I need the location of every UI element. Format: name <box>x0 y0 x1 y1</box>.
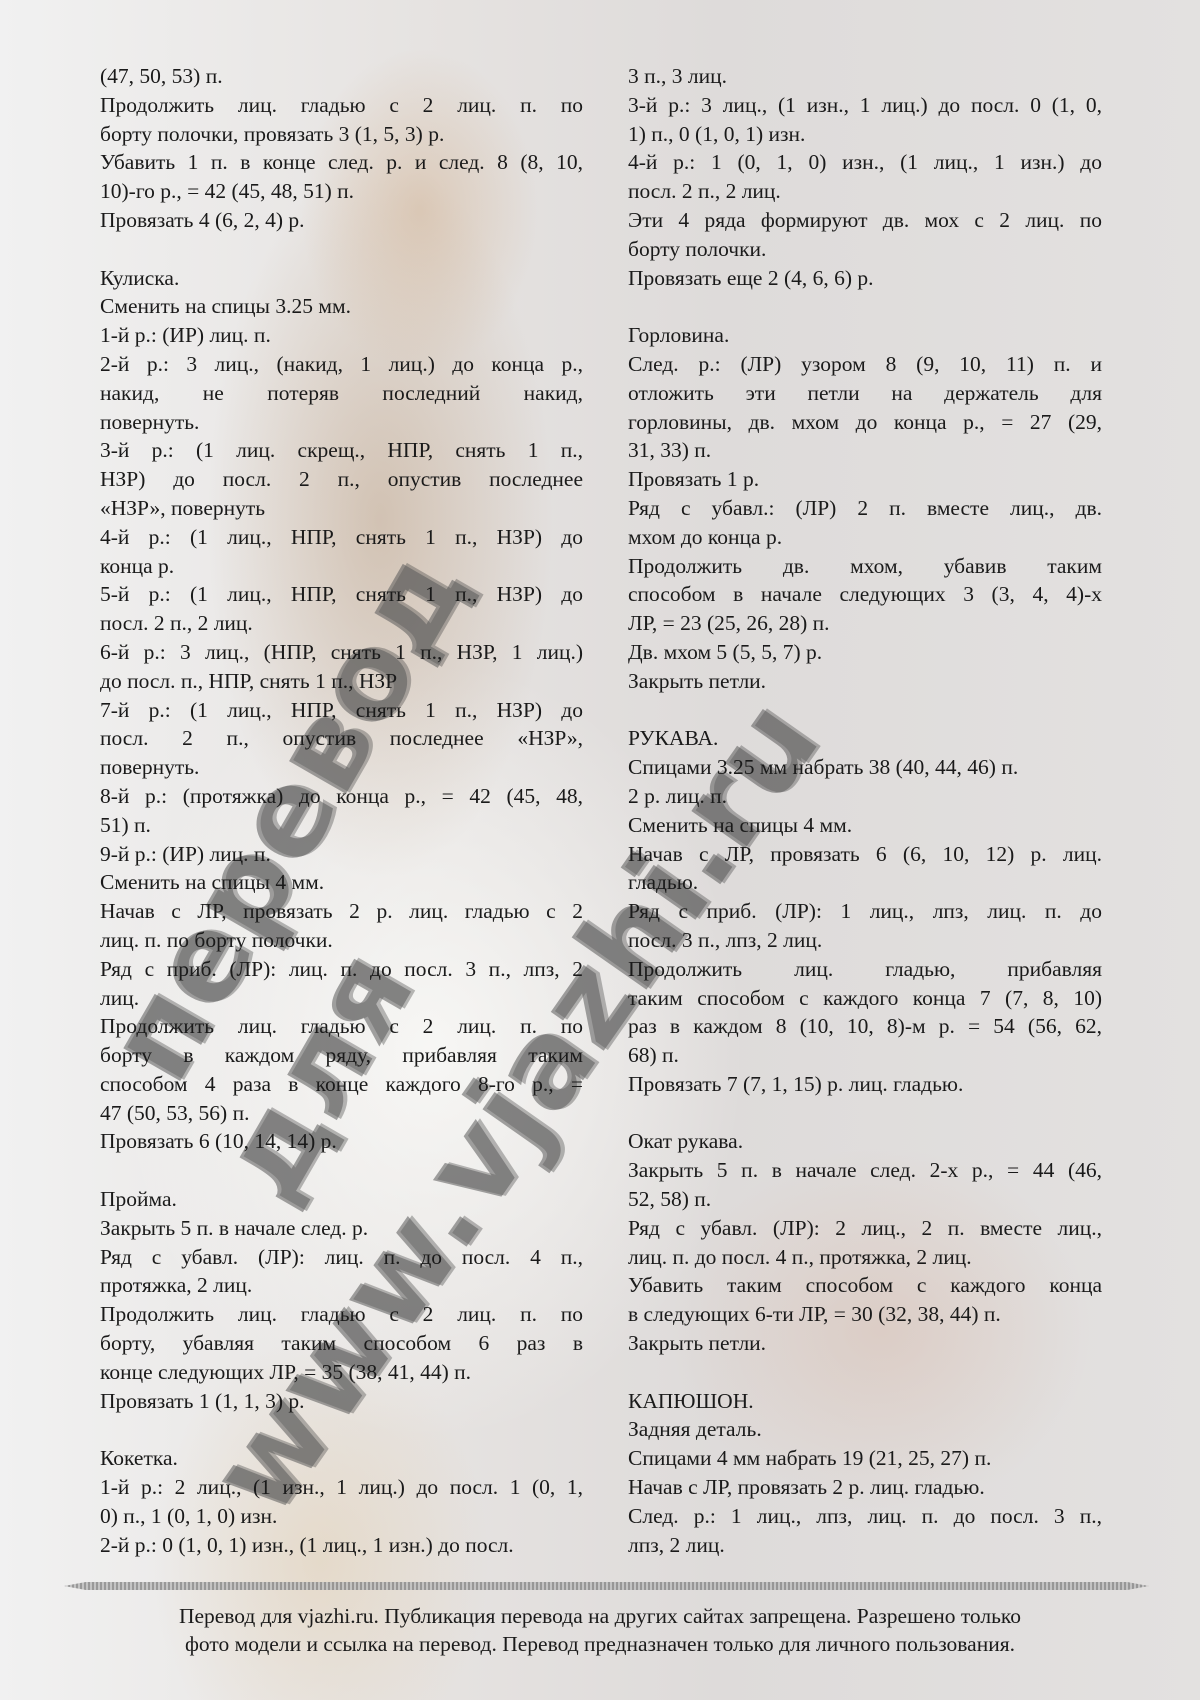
text-line: Начав с ЛР, провязать 6 (6, 10, 12) р. л… <box>628 840 1102 869</box>
text-line: ЛР, = 23 (25, 26, 28) п. <box>628 609 1102 638</box>
text-line: 9-й р.: (ИР) лиц. п. <box>100 840 583 869</box>
text-line: Провязать еще 2 (4, 6, 6) р. <box>628 264 1102 293</box>
text-line: Убавить 1 п. в конце след. р. и след. 8 … <box>100 148 583 177</box>
text-line: 1-й р.: (ИР) лиц. п. <box>100 321 583 350</box>
text-line: Убавить таким способом с каждого конца <box>628 1271 1102 1300</box>
text-line: 10)-го р., = 42 (45, 48, 51) п. <box>100 177 583 206</box>
text-line: 52, 58) п. <box>628 1185 1102 1214</box>
paragraph-gap <box>628 696 1102 725</box>
text-line: Кулиска. <box>100 264 583 293</box>
text-line: Продолжить дв. мхом, убавив таким <box>628 552 1102 581</box>
text-line: борту, убавляя таким способом 6 раз в <box>100 1329 583 1358</box>
text-line: Сменить на спицы 3.25 мм. <box>100 292 583 321</box>
text-line: 68) п. <box>628 1041 1102 1070</box>
text-line: Закрыть 5 п. в начале след. 2-х р., = 44… <box>628 1156 1102 1185</box>
footer-line: Перевод для vjazhi.ru. Публикация перево… <box>60 1602 1140 1630</box>
text-line: 2 р. лиц. п. <box>628 782 1102 811</box>
text-line: посл. 3 п., лпз, 2 лиц. <box>628 926 1102 955</box>
text-line: посл. 2 п., 2 лиц. <box>100 609 583 638</box>
text-line: 31, 33) п. <box>628 436 1102 465</box>
text-line: 3-й р.: 3 лиц., (1 изн., 1 лиц.) до посл… <box>628 91 1102 120</box>
right-text-column: 3 п., 3 лиц.3-й р.: 3 лиц., (1 изн., 1 л… <box>628 62 1102 1559</box>
text-line: НЗР) до посл. 2 п., опустив последнее <box>100 465 583 494</box>
text-line: КАПЮШОН. <box>628 1387 1102 1416</box>
text-line: 1-й р.: 2 лиц., (1 изн., 1 лиц.) до посл… <box>100 1473 583 1502</box>
paragraph-gap <box>100 235 583 264</box>
text-line: 8-й р.: (протяжка) до конца р., = 42 (45… <box>100 782 583 811</box>
text-line: «НЗР», повернуть <box>100 494 583 523</box>
paragraph-gap <box>100 1156 583 1185</box>
text-line: лиц. п. до посл. 4 п., протяжка, 2 лиц. <box>628 1243 1102 1272</box>
text-line: протяжка, 2 лиц. <box>100 1271 583 1300</box>
text-line: повернуть. <box>100 408 583 437</box>
text-line: Дв. мхом 5 (5, 5, 7) р. <box>628 638 1102 667</box>
text-line: 47 (50, 53, 56) п. <box>100 1099 583 1128</box>
text-line: Ряд с приб. (ЛР): 1 лиц., лпз, лиц. п. д… <box>628 897 1102 926</box>
text-line: борту в каждом ряду, прибавляя таким <box>100 1041 583 1070</box>
text-line: отложить эти петли на держатель для <box>628 379 1102 408</box>
text-line: борту полочки, провязать 3 (1, 5, 3) р. <box>100 120 583 149</box>
text-line: лпз, 2 лиц. <box>628 1531 1102 1560</box>
text-line: 5-й р.: (1 лиц., НПР, снять 1 п., НЗР) д… <box>100 580 583 609</box>
footer-divider <box>64 1582 1149 1590</box>
text-line: Кокетка. <box>100 1444 583 1473</box>
text-line: Провязать 1 р. <box>628 465 1102 494</box>
text-line: Провязать 4 (6, 2, 4) р. <box>100 206 583 235</box>
paragraph-gap <box>628 1358 1102 1387</box>
text-line: 4-й р.: (1 лиц., НПР, снять 1 п., НЗР) д… <box>100 523 583 552</box>
text-line: Окат рукава. <box>628 1127 1102 1156</box>
text-line: Закрыть 5 п. в начале след. р. <box>100 1214 583 1243</box>
text-line: раз в каждом 8 (10, 10, 8)-м р. = 54 (56… <box>628 1012 1102 1041</box>
text-line: Задняя деталь. <box>628 1415 1102 1444</box>
text-line: лиц. <box>100 984 583 1013</box>
text-line: Спицами 4 мм набрать 19 (21, 25, 27) п. <box>628 1444 1102 1473</box>
text-line: до посл. п., НПР, снять 1 п., НЗР <box>100 667 583 696</box>
text-line: способом 4 раза в конце каждого 8-го р.,… <box>100 1070 583 1099</box>
text-line: Ряд с убавл. (ЛР): лиц. п. до посл. 4 п.… <box>100 1243 583 1272</box>
text-line: Сменить на спицы 4 мм. <box>628 811 1102 840</box>
text-line: 2-й р.: 3 лиц., (накид, 1 лиц.) до конца… <box>100 350 583 379</box>
text-line: в следующих 6-ти ЛР, = 30 (32, 38, 44) п… <box>628 1300 1102 1329</box>
text-line: гладью. <box>628 868 1102 897</box>
text-line: 3 п., 3 лиц. <box>628 62 1102 91</box>
text-line: Горловина. <box>628 321 1102 350</box>
text-line: Провязать 1 (1, 1, 3) р. <box>100 1387 583 1416</box>
text-line: мхом до конца р. <box>628 523 1102 552</box>
text-line: лиц. п. по борту полочки. <box>100 926 583 955</box>
paragraph-gap <box>628 1099 1102 1128</box>
text-line: 2-й р.: 0 (1, 0, 1) изн., (1 лиц., 1 изн… <box>100 1531 583 1560</box>
paragraph-gap <box>628 292 1102 321</box>
text-line: Продолжить лиц. гладью с 2 лиц. п. по <box>100 1300 583 1329</box>
text-line: Продолжить лиц. гладью с 2 лиц. п. по <box>100 1012 583 1041</box>
text-line: 6-й р.: 3 лиц., (НПР, снять 1 п., НЗР, 1… <box>100 638 583 667</box>
text-line: посл. 2 п., опустив последнее «НЗР», <box>100 724 583 753</box>
text-line: 1) п., 0 (1, 0, 1) изн. <box>628 120 1102 149</box>
text-line: Закрыть петли. <box>628 667 1102 696</box>
text-line: горловины, дв. мхом до конца р., = 27 (2… <box>628 408 1102 437</box>
text-line: След. р.: (ЛР) узором 8 (9, 10, 11) п. и <box>628 350 1102 379</box>
text-line: конце следующих ЛР, = 35 (38, 41, 44) п. <box>100 1358 583 1387</box>
text-line: Закрыть петли. <box>628 1329 1102 1358</box>
text-line: повернуть. <box>100 753 583 782</box>
text-line: Продолжить лиц. гладью с 2 лиц. п. по <box>100 91 583 120</box>
text-line: След. р.: 1 лиц., лпз, лиц. п. до посл. … <box>628 1502 1102 1531</box>
text-line: Начав с ЛР, провязать 2 р. лиц. гладью с… <box>100 897 583 926</box>
left-text-column: (47, 50, 53) п.Продолжить лиц. гладью с … <box>100 62 583 1559</box>
text-line: Ряд с убавл.: (ЛР) 2 п. вместе лиц., дв. <box>628 494 1102 523</box>
text-line: Начав с ЛР, провязать 2 р. лиц. гладью. <box>628 1473 1102 1502</box>
text-line: Сменить на спицы 4 мм. <box>100 868 583 897</box>
text-line: борту полочки. <box>628 235 1102 264</box>
text-line: 7-й р.: (1 лиц., НПР, снять 1 п., НЗР) д… <box>100 696 583 725</box>
copyright-footer: Перевод для vjazhi.ru. Публикация перево… <box>60 1602 1140 1658</box>
text-line: Спицами 3.25 мм набрать 38 (40, 44, 46) … <box>628 753 1102 782</box>
text-line: 3-й р.: (1 лиц. скрещ., НПР, снять 1 п., <box>100 436 583 465</box>
text-line: (47, 50, 53) п. <box>100 62 583 91</box>
text-line: таким способом с каждого конца 7 (7, 8, … <box>628 984 1102 1013</box>
text-line: Ряд с убавл. (ЛР): 2 лиц., 2 п. вместе л… <box>628 1214 1102 1243</box>
text-line: посл. 2 п., 2 лиц. <box>628 177 1102 206</box>
text-line: Продолжить лиц. гладью, прибавляя <box>628 955 1102 984</box>
text-line: накид, не потеряв последний накид, <box>100 379 583 408</box>
footer-line: фото модели и ссылка на перевод. Перевод… <box>60 1630 1140 1658</box>
text-line: Эти 4 ряда формируют дв. мох с 2 лиц. по <box>628 206 1102 235</box>
text-line: способом в начале следующих 3 (3, 4, 4)-… <box>628 580 1102 609</box>
text-line: конца р. <box>100 552 583 581</box>
text-line: 51) п. <box>100 811 583 840</box>
text-line: Провязать 7 (7, 1, 15) р. лиц. гладью. <box>628 1070 1102 1099</box>
text-line: Ряд с приб. (ЛР): лиц. п. до посл. 3 п.,… <box>100 955 583 984</box>
text-line: РУКАВА. <box>628 724 1102 753</box>
text-line: Пройма. <box>100 1185 583 1214</box>
text-line: 4-й р.: 1 (0, 1, 0) изн., (1 лиц., 1 изн… <box>628 148 1102 177</box>
text-line: Провязать 6 (10, 14, 14) р. <box>100 1127 583 1156</box>
paragraph-gap <box>100 1415 583 1444</box>
text-line: 0) п., 1 (0, 1, 0) изн. <box>100 1502 583 1531</box>
